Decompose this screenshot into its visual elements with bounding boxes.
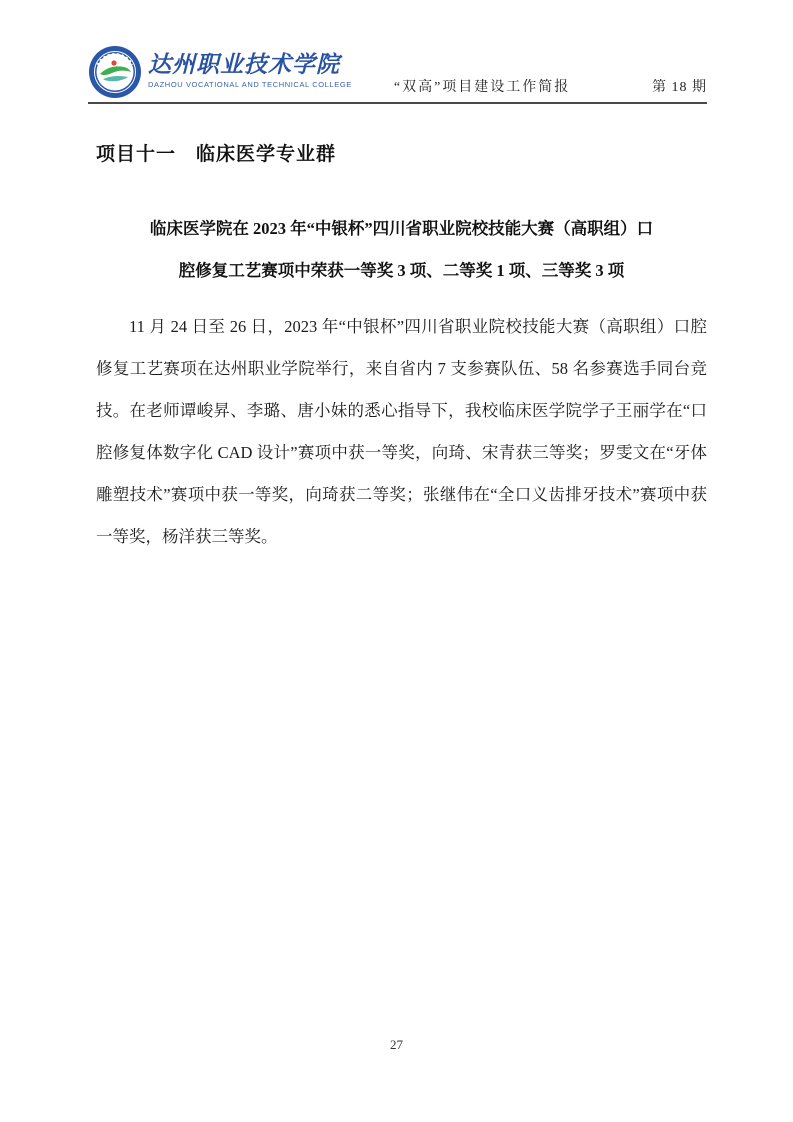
document-body: 项目十一 临床医学专业群 临床医学院在 2023 年“中银杯”四川省职业院校技能… <box>96 140 707 558</box>
body-paragraph: 11 月 24 日至 26 日，2023 年“中银杯”四川省职业院校技能大赛（高… <box>96 306 707 558</box>
article-title-line: 临床医学院在 2023 年“中银杯”四川省职业院校技能大赛（高职组）口 <box>96 208 707 250</box>
document-page: 达州职业技术学院 DAZHOU VOCATIONAL AND TECHNICAL… <box>0 0 793 1122</box>
page-number: 27 <box>390 1037 403 1052</box>
college-brand: 达州职业技术学院 DAZHOU VOCATIONAL AND TECHNICAL… <box>88 42 352 98</box>
school-name-english: DAZHOU VOCATIONAL AND TECHNICAL COLLEGE <box>148 80 352 89</box>
college-emblem-icon <box>88 44 142 100</box>
bulletin-title: “双高”项目建设工作简报 <box>394 76 570 98</box>
issue-number: 第 18 期 <box>652 76 707 98</box>
article-title-line: 腔修复工艺赛项中荣获一等奖 3 项、二等奖 1 项、三等奖 3 项 <box>96 250 707 292</box>
page-footer: 27 <box>0 1036 793 1054</box>
school-name-chinese: 达州职业技术学院 <box>148 51 352 77</box>
page-header: 达州职业技术学院 DAZHOU VOCATIONAL AND TECHNICAL… <box>88 42 707 104</box>
article-title: 临床医学院在 2023 年“中银杯”四川省职业院校技能大赛（高职组）口 腔修复工… <box>96 208 707 292</box>
college-name-block: 达州职业技术学院 DAZHOU VOCATIONAL AND TECHNICAL… <box>148 51 352 89</box>
section-heading: 项目十一 临床医学专业群 <box>96 140 707 170</box>
